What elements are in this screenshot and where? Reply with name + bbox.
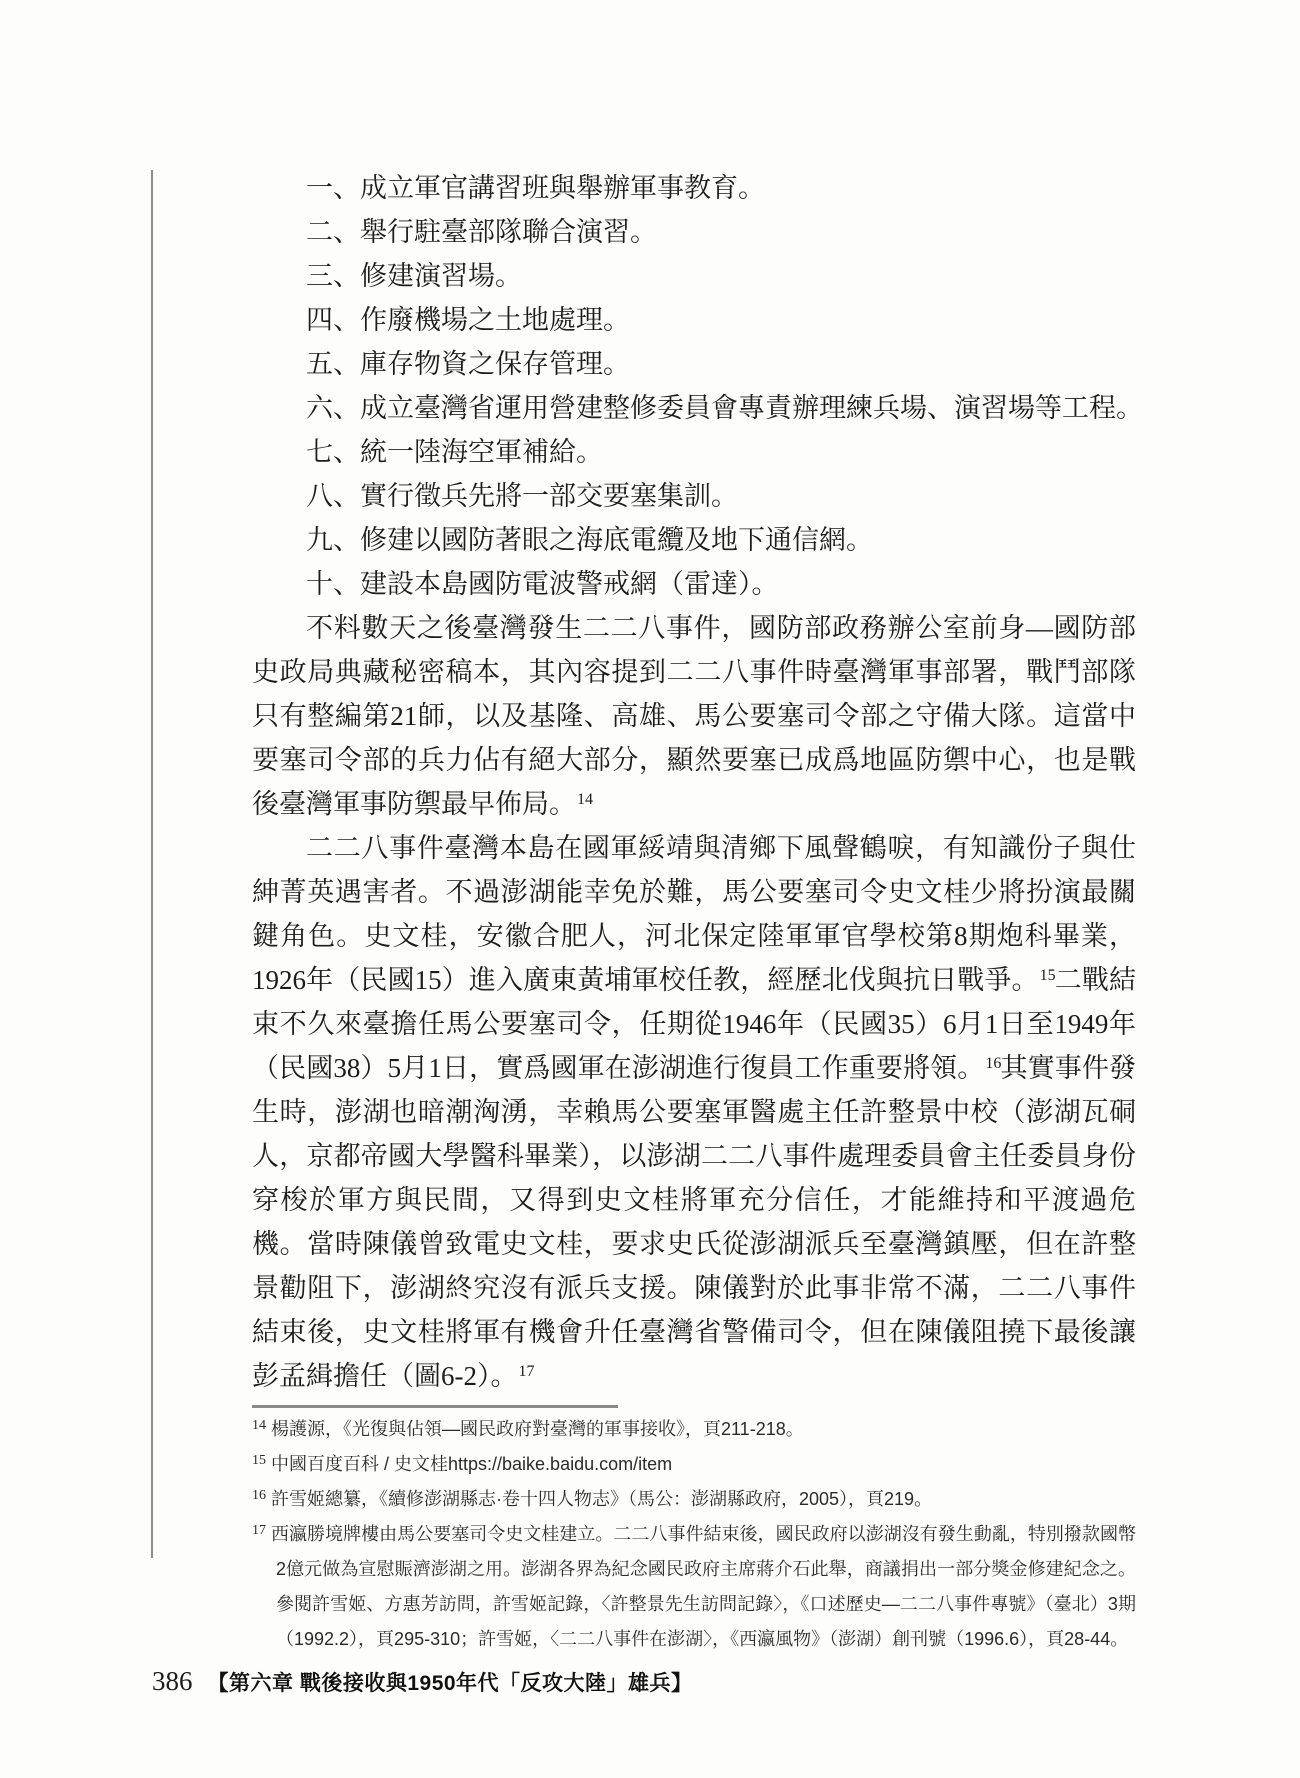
footnote-text: 許雪姬總纂，《續修澎湖縣志·卷十四人物志》（馬公：澎湖縣政府，2005），頁21…	[271, 1489, 932, 1509]
paragraph-1: 不料數天之後臺灣發生二二八事件，國防部政務辦公室前身—國防部史政局典藏秘密稿本，…	[252, 606, 1136, 826]
list-item: 十、建設本島國防電波警戒網（雷達）。	[252, 562, 1136, 606]
page-footer: 386 【第六章 戰後接收與1950年代「反攻大陸」雄兵】	[152, 1666, 693, 1697]
page-number: 386	[152, 1666, 193, 1697]
footnote-marker: 16	[252, 1488, 271, 1503]
paragraph-text: 不料數天之後臺灣發生二二八事件，國防部政務辦公室前身—國防部史政局典藏秘密稿本，…	[252, 613, 1136, 819]
list-item: 九、修建以國防著眼之海底電纜及地下通信網。	[252, 518, 1136, 562]
paragraph-2: 二二八事件臺灣本島在國軍綏靖與清鄉下風聲鶴唳，有知識份子與仕紳菁英遇害者。不過澎…	[252, 826, 1136, 1398]
footnote-text: 西瀛勝境牌樓由馬公要塞司令史文桂建立。二二八事件結束後，國民政府以澎湖沒有發生動…	[271, 1524, 1136, 1649]
list-item: 五、庫存物資之保存管理。	[252, 342, 1136, 386]
footnote-14: 14楊護源，《光復與佔領—國民政府對臺灣的軍事接收》，頁211-218。	[252, 1412, 1136, 1447]
footnote-marker: 17	[252, 1523, 271, 1538]
list-item: 三、修建演習場。	[252, 254, 1136, 298]
left-margin-line	[151, 170, 153, 1558]
footnote-marker: 15	[252, 1453, 271, 1468]
paragraph-text: 其實事件發生時，澎湖也暗潮洶湧，幸賴馬公要塞軍醫處主任許整景中校（澎湖瓦硐人，京…	[252, 1053, 1136, 1391]
list-item: 二、舉行駐臺部隊聯合演習。	[252, 210, 1136, 254]
list-item: 七、統一陸海空軍補給。	[252, 430, 1136, 474]
footnote-separator	[252, 1405, 618, 1408]
list-item: 四、作廢機場之土地處理。	[252, 298, 1136, 342]
list-item: 一、成立軍官講習班與舉辦軍事教育。	[252, 166, 1136, 210]
footnote-text: 中國百度百科 / 史文桂https://baike.baidu.com/item	[271, 1454, 672, 1474]
footnote-17: 17西瀛勝境牌樓由馬公要塞司令史文桂建立。二二八事件結束後，國民政府以澎湖沒有發…	[252, 1517, 1136, 1657]
footnote-text: 楊護源，《光復與佔領—國民政府對臺灣的軍事接收》，頁211-218。	[271, 1419, 804, 1439]
list-item: 八、實行徵兵先將一部交要塞集訓。	[252, 474, 1136, 518]
list-item: 六、成立臺灣省運用營建整修委員會專責辦理練兵場、演習場等工程。	[252, 386, 1136, 430]
footnote-ref-17: 17	[519, 1363, 535, 1380]
footnote-marker: 14	[252, 1418, 271, 1433]
paragraph-text: 二二八事件臺灣本島在國軍綏靖與清鄉下風聲鶴唳，有知識份子與仕紳菁英遇害者。不過澎…	[252, 833, 1136, 995]
page-content: 一、成立軍官講習班與舉辦軍事教育。二、舉行駐臺部隊聯合演習。三、修建演習場。四、…	[252, 166, 1136, 1398]
chapter-title: 【第六章 戰後接收與1950年代「反攻大陸」雄兵】	[208, 1667, 693, 1697]
directive-list: 一、成立軍官講習班與舉辦軍事教育。二、舉行駐臺部隊聯合演習。三、修建演習場。四、…	[252, 166, 1136, 606]
footnotes-list: 14楊護源，《光復與佔領—國民政府對臺灣的軍事接收》，頁211-218。15中國…	[252, 1412, 1136, 1657]
footnote-15: 15中國百度百科 / 史文桂https://baike.baidu.com/it…	[252, 1447, 1136, 1482]
footnote-ref-14: 14	[577, 791, 593, 808]
footnote-16: 16許雪姬總纂，《續修澎湖縣志·卷十四人物志》（馬公：澎湖縣政府，2005），頁…	[252, 1482, 1136, 1517]
book-page: 一、成立軍官講習班與舉辦軍事教育。二、舉行駐臺部隊聯合演習。三、修建演習場。四、…	[0, 0, 1300, 1778]
footnote-ref-15: 15	[1040, 967, 1056, 984]
footnote-ref-16: 16	[985, 1055, 1001, 1072]
